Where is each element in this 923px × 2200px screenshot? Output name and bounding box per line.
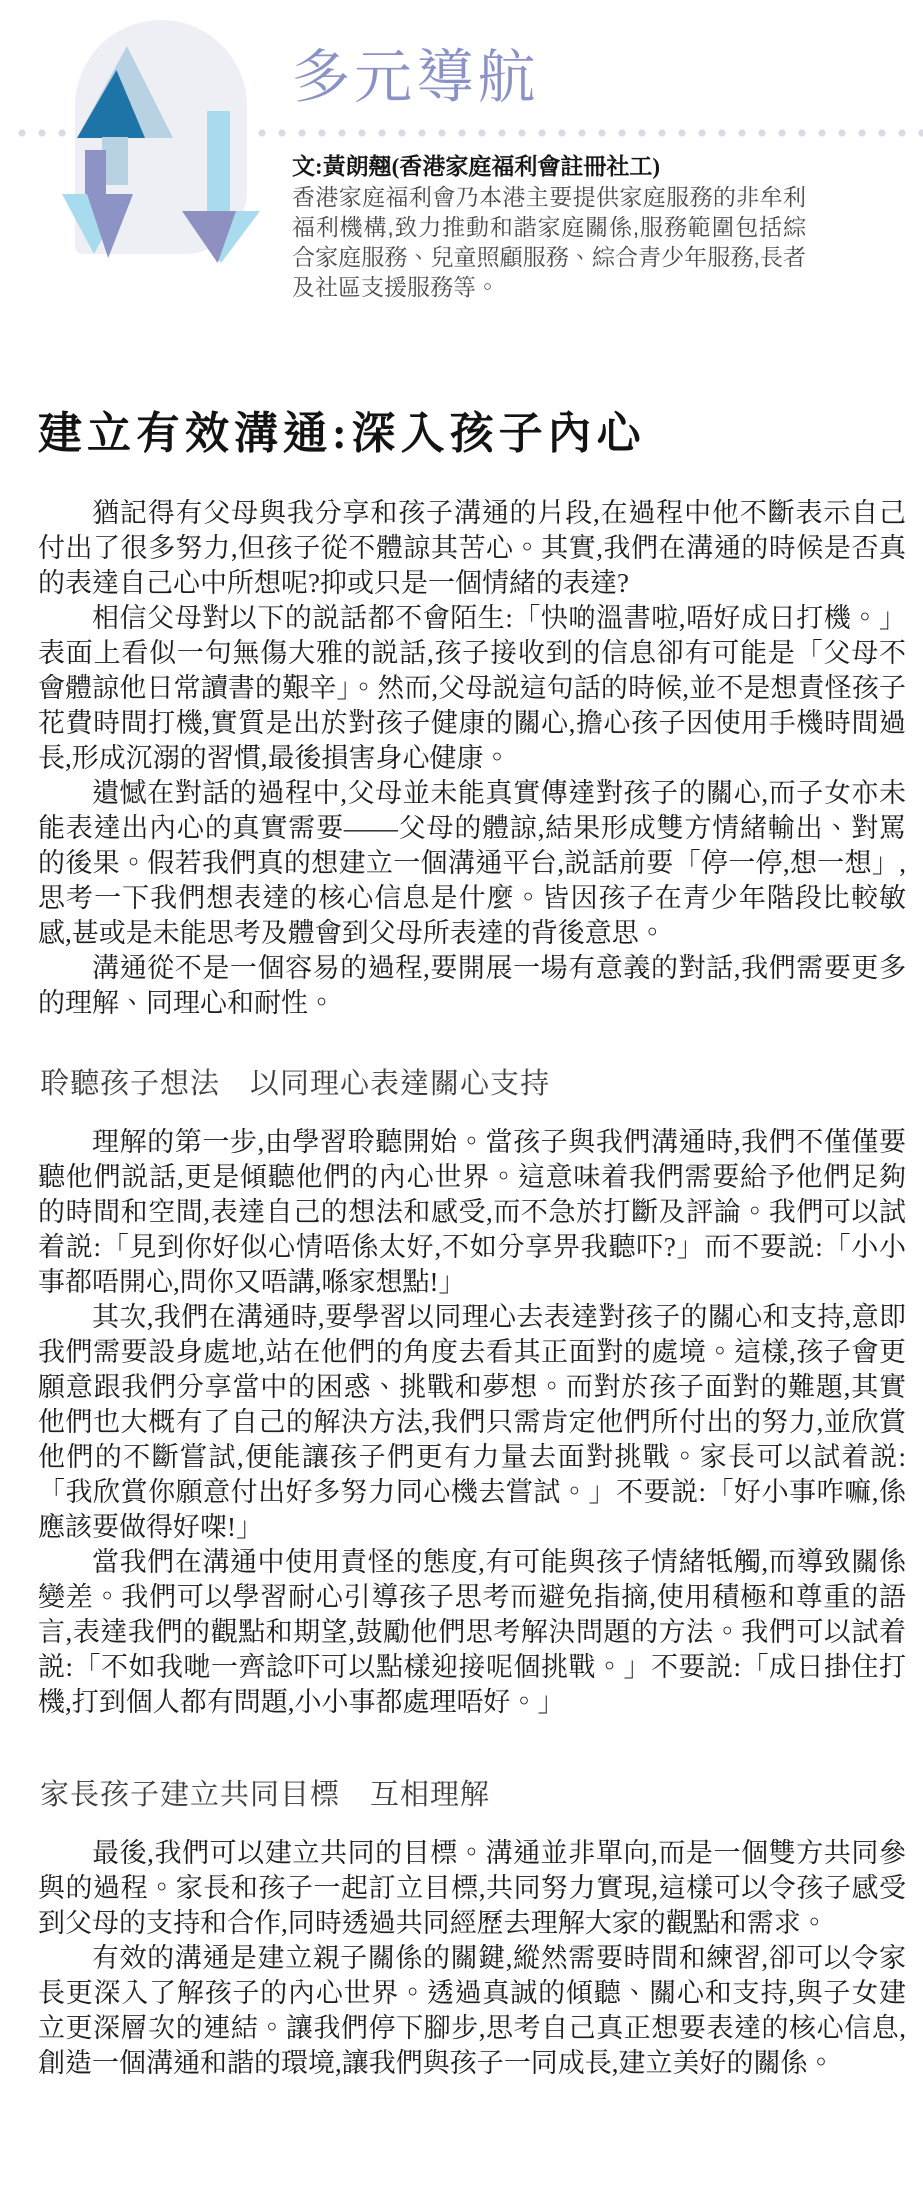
paragraph: 其次,我們在溝通時,要學習以同理心去表達對孩子的關心和支持,意即我們需要設身處地… (38, 1300, 906, 1545)
section-heading-listen: 聆聽孩子想法 以同理心表達關心支持 (40, 1067, 906, 1101)
paragraph: 最後,我們可以建立共同的目標。溝通並非單向,而是一個雙方共同參與的過程。家長和孩… (38, 1836, 906, 1941)
paragraph: 猶記得有父母與我分享和孩子溝通的片段,在過程中他不斷表示自己付出了很多努力,但孩… (38, 496, 906, 601)
down-arrow-right-stem (207, 111, 230, 215)
article-body: 建立有效溝通:深入孩子內心 猶記得有父母與我分享和孩子溝通的片段,在過程中他不斷… (38, 408, 906, 2081)
paragraph: 當我們在溝通中使用責怪的態度,有可能與孩子情緒牴觸,而導致關係變差。我們可以學習… (38, 1545, 906, 1720)
column-title: 多元導航 (292, 46, 540, 110)
article-title: 建立有效溝通:深入孩子內心 (38, 408, 906, 460)
paragraph: 理解的第一步,由學習聆聽開始。當孩子與我們溝通時,我們不僅僅要聽他們説話,更是傾… (38, 1125, 906, 1300)
article-page: 多元導航 文:黃朗翹(香港家庭福利會註冊社工) 香港家庭福利會乃本港主要提供家庭… (0, 0, 923, 2200)
paragraph: 遺憾在對話的過程中,父母並未能真實傳達對孩子的關心,而子女亦未能表達出內心的真實… (38, 776, 906, 951)
down-arrow-left-stem (85, 150, 106, 196)
organisation-intro: 香港家庭福利會乃本港主要提供家庭服務的非牟利福利機構,致力推動和諧家庭關係,服務… (292, 182, 806, 302)
byline: 文:黃朗翹(香港家庭福利會註冊社工) (292, 148, 660, 181)
section-heading-common-goals: 家長孩子建立共同目標 互相理解 (40, 1778, 906, 1812)
paragraph: 溝通從不是一個容易的過程,要開展一場有意義的對話,我們需要更多的理解、同理心和耐… (38, 951, 906, 1021)
paragraph: 有效的溝通是建立親子關係的關鍵,縱然需要時間和練習,卻可以令家長更深入了解孩子的… (38, 1941, 906, 2081)
column-logo (35, 8, 290, 256)
paragraph: 相信父母對以下的説話都不會陌生:「快啲溫書啦,唔好成日打機。」表面上看似一句無傷… (38, 601, 906, 776)
